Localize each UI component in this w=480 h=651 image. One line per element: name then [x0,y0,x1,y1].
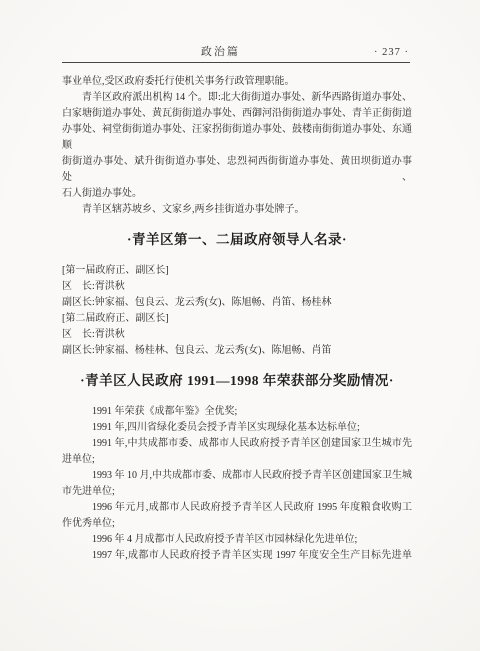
text-line: 青羊区政府派出机构 14 个。即:北大街街道办事处、新华西路街道办事处、 [62,90,412,106]
page-body: 事业单位,受区政府委托行使机关事务行政管理职能。青羊区政府派出机构 14 个。即… [62,63,412,564]
text-line: 作优秀单位; [62,516,412,532]
text-line: 石人街道办事处。 [62,186,412,202]
book-page: 政治篇 · 237 · 事业单位,受区政府委托行使机关事务行政管理职能。青羊区政… [0,0,480,651]
text-line: 1991 年荣获《成都年鉴》全优奖; [62,404,412,420]
section-heading: ·青羊区人民政府 1991—1998 年荣获部分奖励情况· [62,371,412,391]
text-line: 副区长:钟家福、杨桂林、包良云、龙云秀(女)、陈旭畅、肖笛 [62,343,412,359]
text-line: 副区长:钟家福、包良云、龙云秀(女)、陈旭畅、肖笛、杨桂林 [62,295,412,311]
text-line: 1996 年元月,成都市人民政府授予青羊区人民政府 1995 年度粮食收购工 [62,500,412,516]
text-line: 白家塘街道办事处、黄瓦街街道办事处、西御河沿街街道办事处、青羊正街街道 [62,106,412,122]
text-line: 进单位; [62,452,412,468]
text-line: 市先进单位; [62,484,412,500]
text-line: 1996 年 4 月成都市人民政府授予青羊区市园林绿化先进单位; [62,532,412,548]
text-line: 1993 年 10 月,中共成都市委、成都市人民政府授予青羊区创建国家卫生城 [62,468,412,484]
text-line: [第一届政府正、副区长] [62,263,412,279]
section-heading: ·青羊区第一、二届政府领导人名录· [62,230,412,250]
page-header: 政治篇 · 237 · [62,45,410,63]
text-line: 街街道办事处、斌升街街道办事处、忠烈祠西街街道办事处、黄田坝街道办事处、 [62,154,412,186]
text-line: 1991 年,中共成都市委、成都市人民政府授予青羊区创建国家卫生城市先 [62,436,412,452]
chapter-title: 政治篇 [201,45,240,60]
text-line: 区 长:胥洪秋 [62,279,412,295]
text-line: 区 长:胥洪秋 [62,327,412,343]
page-number: · 237 · [374,45,409,60]
text-line: 事业单位,受区政府委托行使机关事务行政管理职能。 [62,74,412,90]
text-line: [第二届政府正、副区长] [62,311,412,327]
text-line: 青羊区辖苏坡乡、文家乡,两乡挂街道办事处牌子。 [62,202,412,218]
text-line: 办事处、祠堂街街道办事处、汪家拐街街道办事处、鼓楼南街街道办事处、东通顺 [62,122,412,154]
text-line: 1997 年,成都市人民政府授予青羊区实现 1997 年度安全生产目标先进单 [62,548,412,564]
text-line: 1991 年,四川省绿化委员会授予青羊区实现绿化基本达标单位; [62,420,412,436]
